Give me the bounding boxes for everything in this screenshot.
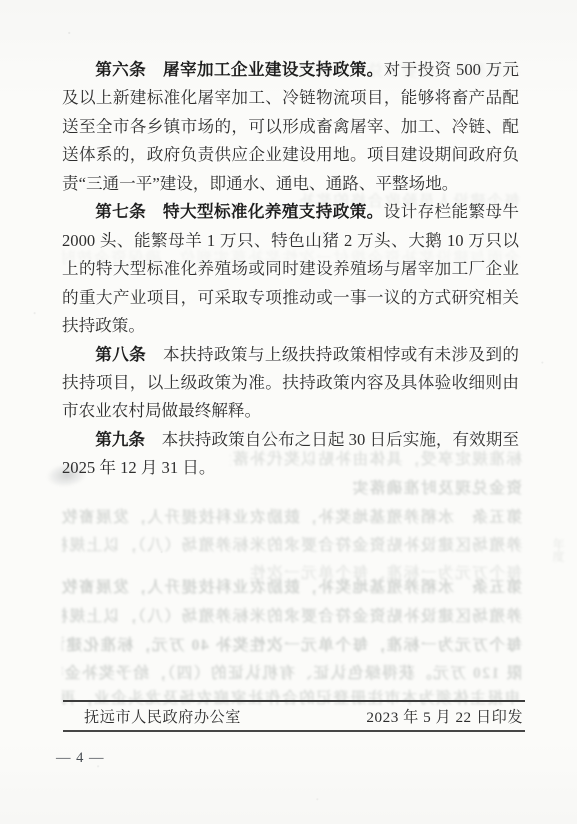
footer-rule-bottom (63, 730, 525, 732)
bleedthrough-line: 每个万元为一标准，每个单元一次性奖补 40 万元，标准化建设工 (62, 633, 522, 653)
bleedthrough-line: 每个万元为一标准，每个单元一次性奖补 40 万元，标准化建设工 (250, 561, 522, 581)
article-paragraph-8: 第八条 本扶持政策与上级扶持政策相悖或有未涉及到的扶持项目，以上级政策为准。扶持… (62, 341, 519, 426)
article-paragraph-6: 第六条 屠宰加工企业建设支持政策。对于投资 500 万元及以上新建标准化屠宰加工… (62, 56, 519, 198)
article-body: 设计存栏能繁母牛 2000 头、能繁母羊 1 万只、特色山猪 2 万头、大鹅 1… (62, 202, 519, 335)
article-heading: 第六条 屠宰加工企业建设支持政策。 (95, 60, 383, 79)
edge-bleed-fragment: 年度 (536, 538, 566, 594)
article-paragraph-9: 第九条 本扶持政策自公布之日起 30 日后实施，有效期至 2025 年 12 月… (62, 426, 519, 483)
article-paragraph-7: 第七条 特大型标准化养殖支持政策。设计存栏能繁母牛 2000 头、能繁母羊 1 … (62, 198, 519, 340)
footer-rule-top (63, 700, 525, 702)
document-body-text: 第六条 屠宰加工企业建设支持政策。对于投资 500 万元及以上新建标准化屠宰加工… (62, 56, 519, 483)
footer-row: 抚远市人民政府办公室 2023 年 5 月 22 日印发 (63, 703, 525, 729)
bleedthrough-line: 养殖场区建设补贴资金符合要求的米标养殖场（八），以上规模出 (62, 533, 522, 553)
article-heading: 第八条 (95, 345, 146, 364)
footer-issuer: 抚远市人民政府办公室 (84, 706, 241, 727)
bleedthrough-line: 第五条 水稻养殖基地奖补，鼓励农业科技提升人，发展畜牧 (62, 505, 522, 525)
footer-print-date: 2023 年 5 月 22 日印发 (366, 706, 523, 727)
scanned-document-page: 出台奖补，按要求兑现补贴资金 每个建设人员验收合格的奖补资金按照标准兑付，发放补… (0, 0, 577, 824)
article-heading: 第九条 (95, 430, 145, 449)
bleedthrough-line: 第五条 水稻养殖基地奖补，鼓励农业科技提升人，发展畜牧 (62, 575, 522, 595)
article-body: 对于投资 500 万元及以上新建标准化屠宰加工、冷链物流项目，能够将畜产品配送至… (62, 60, 519, 193)
page-number: — 4 — (56, 750, 105, 767)
bleedthrough-line: 养殖场区建设补贴资金符合要求的米标养殖场（八），以上规模出 (62, 604, 522, 624)
bleedthrough-line: 限 120 万元。获得绿色认证、有机认证的（四），给予奖补金额按 (62, 661, 522, 681)
article-heading: 第七条 特大型标准化养殖支持政策。 (95, 202, 383, 221)
